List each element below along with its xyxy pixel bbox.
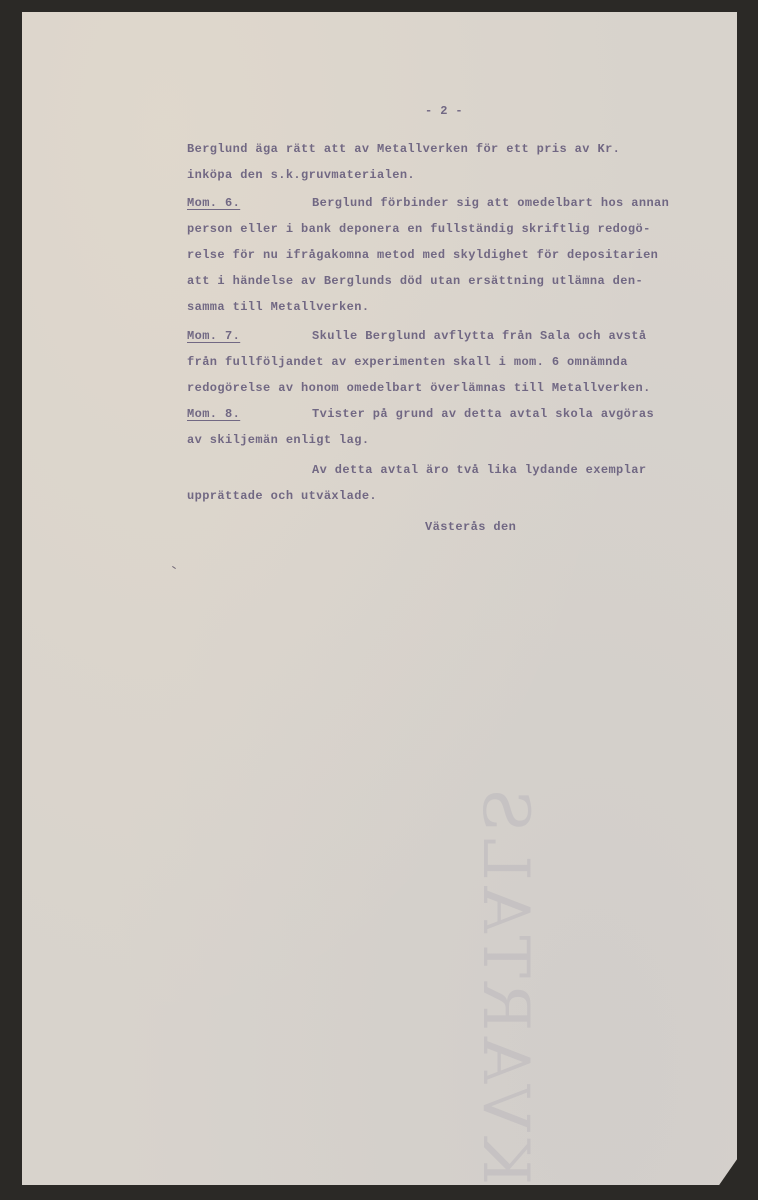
clause-text: Tvister på grund av detta avtal skola av… bbox=[277, 407, 654, 421]
text-line: person eller i bank deponera en fullstän… bbox=[187, 222, 651, 236]
clause-text: Skulle Berglund avflytta från Sala och a… bbox=[277, 329, 646, 343]
clause-mom-7: Mom. 7.Skulle Berglund avflytta från Sal… bbox=[187, 329, 646, 343]
text-line: att i händelse av Berglunds död utan ers… bbox=[187, 274, 643, 288]
clause-label: Mom. 6. bbox=[187, 196, 277, 210]
text-line: inköpa den s.k.gruvmaterialen. bbox=[187, 168, 415, 182]
clause-mom-8: Mom. 8.Tvister på grund av detta avtal s… bbox=[187, 407, 654, 421]
clause-text: Berglund förbinder sig att omedelbart ho… bbox=[277, 196, 669, 210]
text-line: relse för nu ifrågakomna metod med skyld… bbox=[187, 248, 658, 262]
page-number: - 2 - bbox=[425, 104, 463, 118]
bleed-through-line: KVARTALS bbox=[468, 12, 542, 1185]
text-line: av skiljemän enligt lag. bbox=[187, 433, 369, 447]
text-line: från fullföljandet av experimenten skall… bbox=[187, 355, 628, 369]
document-page: KVARTALS - 2 - Berglund äga rätt att av … bbox=[22, 12, 737, 1185]
clause-mom-6: Mom. 6.Berglund förbinder sig att omedel… bbox=[187, 196, 669, 210]
clause-label: Mom. 7. bbox=[187, 329, 277, 343]
bleed-through-text: KVARTALS bbox=[322, 12, 542, 1185]
clause-label: Mom. 8. bbox=[187, 407, 277, 421]
ink-mark bbox=[172, 566, 176, 569]
text-line: redogörelse av honom omedelbart överlämn… bbox=[187, 381, 651, 395]
text-line: samma till Metallverken. bbox=[187, 300, 369, 314]
text-line: Av detta avtal äro två lika lydande exem… bbox=[187, 463, 646, 477]
place-date-line: Västerås den bbox=[187, 520, 516, 534]
text-line: Berglund äga rätt att av Metallverken fö… bbox=[187, 142, 620, 156]
text-line: upprättade och utväxlade. bbox=[187, 489, 377, 503]
